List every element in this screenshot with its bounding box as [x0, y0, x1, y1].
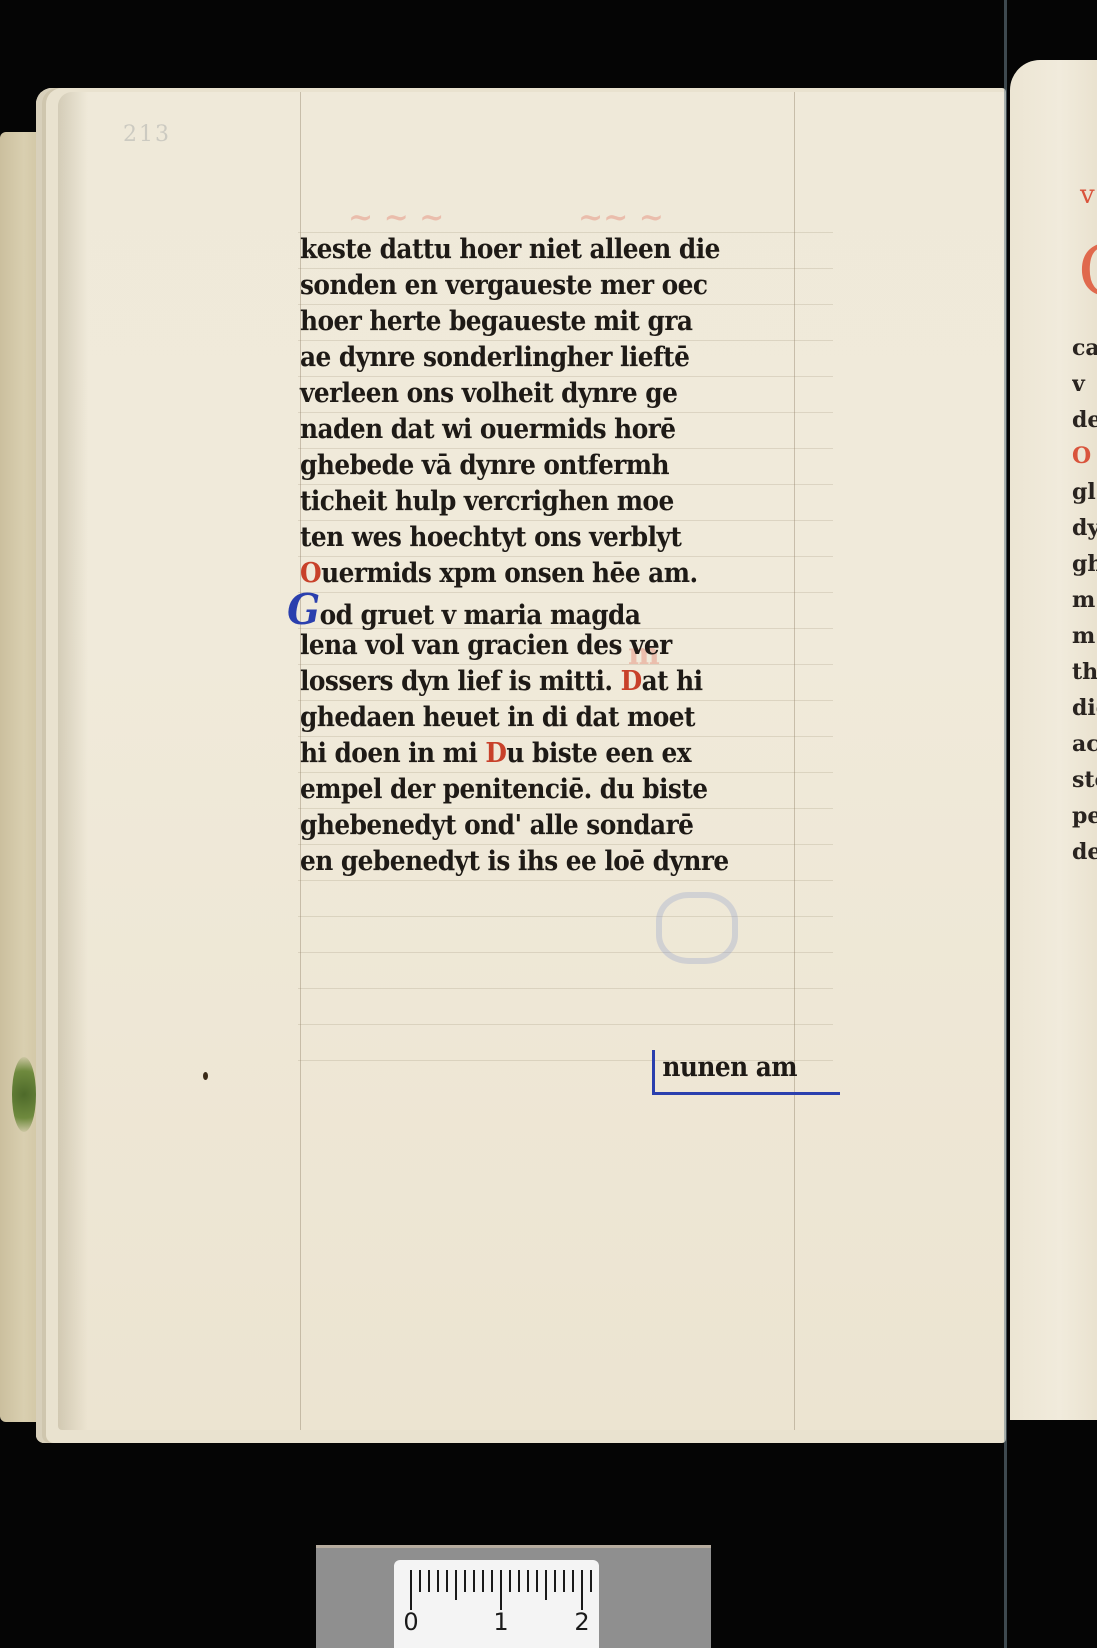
facing-line: sto [1072, 762, 1097, 798]
facing-line: v [1072, 366, 1097, 402]
red-initial: D [485, 738, 506, 769]
show-through-initial [656, 892, 738, 964]
ruler-label-1: 1 [493, 1608, 508, 1636]
ink-spot [203, 1072, 208, 1080]
scale-card: 0 1 2 [316, 1545, 711, 1648]
text-line: lena vol van gracien des ver [300, 628, 815, 664]
show-through-rubric: ~ ~ ~ [348, 200, 444, 235]
folio-number: 213 [123, 122, 171, 147]
final-text-line: nunen am [655, 1050, 825, 1086]
text-line: hi doen in mi Du biste een ex [300, 736, 815, 772]
facing-text-column: ca v de O gl dy gh m m th die ac sto pe … [1072, 330, 1097, 870]
text-line: lossers dyn lief is mitti. Dat hi [300, 664, 815, 700]
ruler-label-2: 2 [574, 1608, 589, 1636]
text-line: ticheit hulp vercrighen moe [300, 484, 815, 520]
show-through-rubric: ~~ ~ [578, 200, 664, 235]
text-line: ghebede vā dynre ontfermh [300, 448, 815, 484]
facing-line: m [1072, 618, 1097, 654]
text-line: ghedaen heuet in di dat moet [300, 700, 815, 736]
manuscript-page-verso: 213 ~ ~ ~ ~~ ~ m keste dattu hoer niet a… [58, 92, 1005, 1430]
text-line: ten wes hoechtyt ons verblyt [300, 520, 815, 556]
facing-line: pe [1072, 798, 1097, 834]
text-line: hoer herte begaueste mit gra [300, 304, 815, 340]
text-line: naden dat wi ouermids horē [300, 412, 815, 448]
text-line: God gruet v maria magda [300, 592, 815, 628]
scale-ruler: 0 1 2 [394, 1560, 599, 1648]
facing-line: gl [1072, 474, 1097, 510]
facing-line: die [1072, 690, 1097, 726]
red-initial: D [621, 666, 642, 697]
facing-line: gh [1072, 546, 1097, 582]
facing-line-rubric: O [1072, 438, 1097, 474]
ruling-line [298, 1024, 833, 1025]
text-block: keste dattu hoer niet alleen die sonden … [300, 232, 860, 880]
ruling-line [298, 916, 833, 917]
ruling-line [298, 988, 833, 989]
facing-red-initial: G [1078, 230, 1097, 312]
facing-line: ca [1072, 330, 1097, 366]
facing-line: th [1072, 654, 1097, 690]
facing-rubric-heading: v [1080, 180, 1095, 210]
facing-line: dy [1072, 510, 1097, 546]
facing-line: de [1072, 402, 1097, 438]
text-line: ae dynre sonderlingher lieftē [300, 340, 815, 376]
text-line: keste dattu hoer niet alleen die [300, 232, 815, 268]
page-gutter-shadow [58, 92, 88, 1430]
text-line: verleen ons volheit dynre ge [300, 376, 815, 412]
ruling-line [298, 880, 833, 881]
facing-page-recto: v G ca v de O gl dy gh m m th die ac sto… [1010, 60, 1097, 1420]
text-line: ghebenedyt ond' alle sondarē [300, 808, 815, 844]
text-line: empel der penitenciē. du biste [300, 772, 815, 808]
cover-stain [12, 1057, 36, 1132]
final-line-bracket: nunen am [652, 1050, 840, 1095]
facing-line: m [1072, 582, 1097, 618]
facing-line: ac [1072, 726, 1097, 762]
glass-plate-edge [1004, 0, 1007, 1648]
facing-line: den [1072, 834, 1097, 870]
text-line: Ouermids xpm onsen hēe am. [300, 556, 815, 592]
blue-initial: G [287, 592, 319, 628]
ruler-label-0: 0 [403, 1608, 418, 1636]
ruler-ticks [410, 1570, 590, 1610]
ruling-line [298, 952, 833, 953]
text-line: en gebenedyt is ihs ee loē dynre [300, 844, 815, 880]
text-line: sonden en vergaueste mer oec [300, 268, 815, 304]
